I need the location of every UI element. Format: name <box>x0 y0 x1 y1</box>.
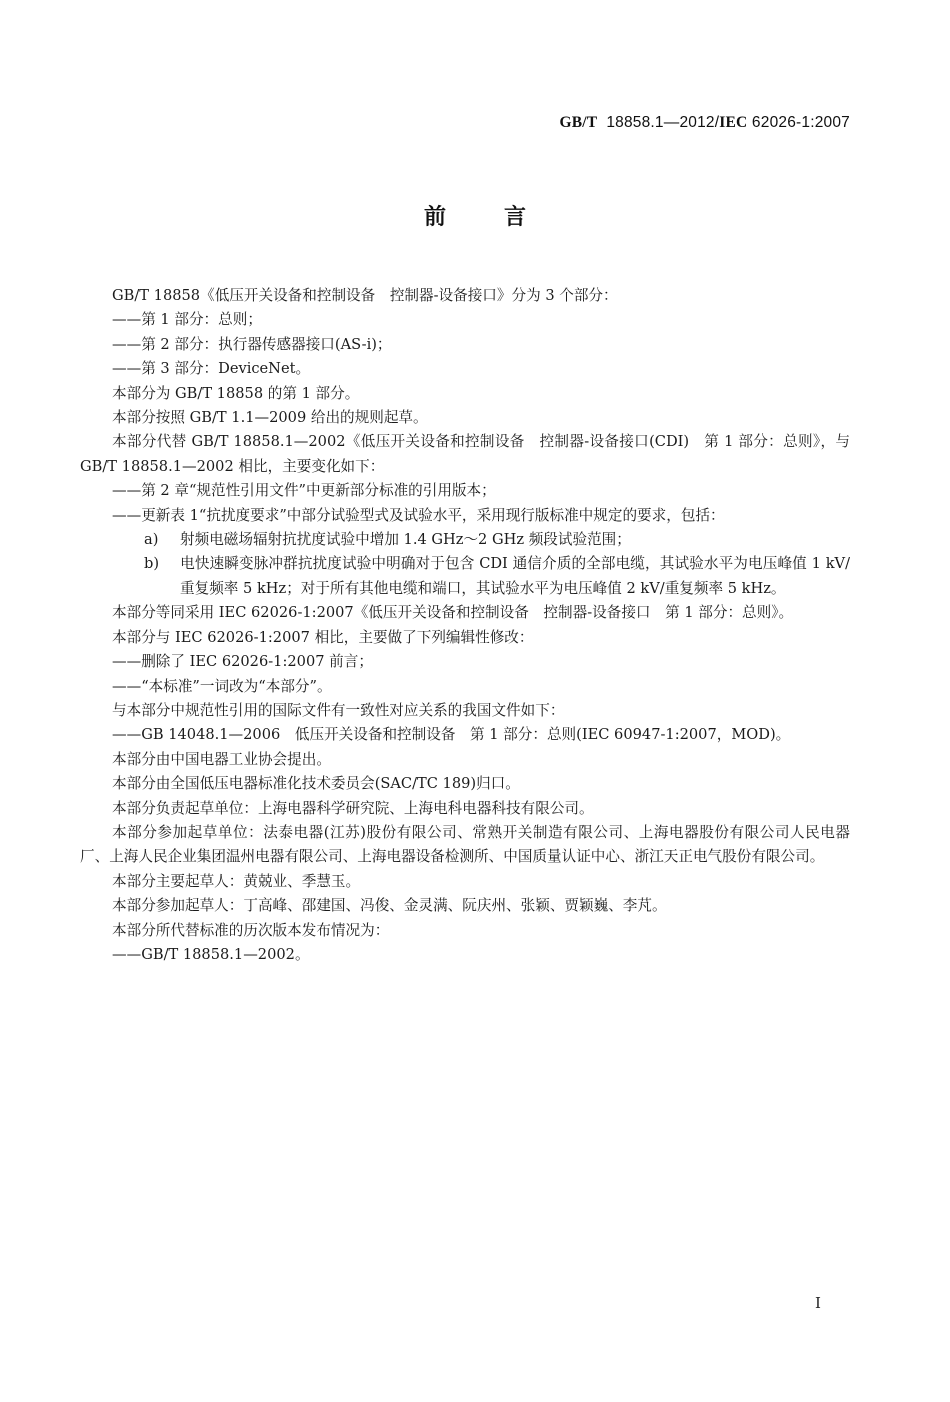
list-item: a)射频电磁场辐射抗扰度试验中增加 1.4 GHz～2 GHz 频段试验范围； <box>80 528 850 552</box>
page-number: I <box>815 1294 821 1312</box>
paragraph: 本部分按照 GB/T 1.1—2009 给出的规则起草。 <box>80 406 850 430</box>
paragraph: 本部分参加起草单位：法泰电器(江苏)股份有限公司、常熟开关制造有限公司、上海电器… <box>80 821 850 870</box>
paragraph: ——GB/T 18858.1—2002。 <box>80 943 850 967</box>
title-char-2: 言 <box>504 205 526 230</box>
standard-number-header: GB/T 18858.1—2012/IEC 62026-1:2007 <box>559 114 850 132</box>
list-item-text: 电快速瞬变脉冲群抗扰度试验中明确对于包含 CDI 通信介质的全部电缆，其试验水平… <box>180 555 850 596</box>
title-char-1: 前 <box>424 205 446 230</box>
list-item: b)电快速瞬变脉冲群抗扰度试验中明确对于包含 CDI 通信介质的全部电缆，其试验… <box>80 552 850 601</box>
iec-number: 62026-1:2007 <box>752 114 850 131</box>
list-marker: b) <box>144 552 180 576</box>
paragraph: 本部分负责起草单位：上海电器科学研究院、上海电科电器科技有限公司。 <box>80 797 850 821</box>
list-item-text: 射频电磁场辐射抗扰度试验中增加 1.4 GHz～2 GHz 频段试验范围； <box>180 531 631 548</box>
paragraph: ——第 2 部分：执行器传感器接口(AS-i)； <box>80 333 850 357</box>
paragraph: 与本部分中规范性引用的国际文件有一致性对应关系的我国文件如下： <box>80 699 850 723</box>
paragraph: ——第 3 部分：DeviceNet。 <box>80 357 850 381</box>
paragraph: 本部分主要起草人：黄兢业、季慧玉。 <box>80 870 850 894</box>
paragraph: 本部分代替 GB/T 18858.1—2002《低压开关设备和控制设备 控制器-… <box>80 430 850 479</box>
std-prefix: GB/T <box>559 114 597 131</box>
paragraph: ——更新表 1“抗扰度要求”中部分试验型式及试验水平，采用现行版标准中规定的要求… <box>80 504 850 528</box>
paragraph: 本部分由全国低压电器标准化技术委员会(SAC/TC 189)归口。 <box>80 772 850 796</box>
paragraph: ——GB 14048.1—2006 低压开关设备和控制设备 第 1 部分：总则(… <box>80 723 850 747</box>
paragraph: 本部分由中国电器工业协会提出。 <box>80 748 850 772</box>
paragraph: 本部分等同采用 IEC 62026-1:2007《低压开关设备和控制设备 控制器… <box>80 601 850 625</box>
page-title: 前言 <box>0 200 950 231</box>
iec-prefix: IEC <box>719 114 747 131</box>
paragraph: 本部分与 IEC 62026-1:2007 相比，主要做了下列编辑性修改： <box>80 626 850 650</box>
document-page: GB/T 18858.1—2012/IEC 62026-1:2007 前言 GB… <box>0 0 950 1402</box>
std-number: 18858.1—2012/ <box>606 114 719 131</box>
paragraph: ——删除了 IEC 62026-1:2007 前言； <box>80 650 850 674</box>
paragraph: 本部分所代替标准的历次版本发布情况为： <box>80 919 850 943</box>
paragraph: ——第 1 部分：总则； <box>80 308 850 332</box>
foreword-body: GB/T 18858《低压开关设备和控制设备 控制器-设备接口》分为 3 个部分… <box>80 284 850 967</box>
paragraph: ——第 2 章“规范性引用文件”中更新部分标准的引用版本； <box>80 479 850 503</box>
list-marker: a) <box>144 528 180 552</box>
paragraph: GB/T 18858《低压开关设备和控制设备 控制器-设备接口》分为 3 个部分… <box>80 284 850 308</box>
paragraph: 本部分参加起草人：丁高峰、邵建国、冯俊、金灵满、阮庆州、张颖、贾颖巍、李芃。 <box>80 894 850 918</box>
paragraph: ——“本标准”一词改为“本部分”。 <box>80 675 850 699</box>
paragraph: 本部分为 GB/T 18858 的第 1 部分。 <box>80 382 850 406</box>
